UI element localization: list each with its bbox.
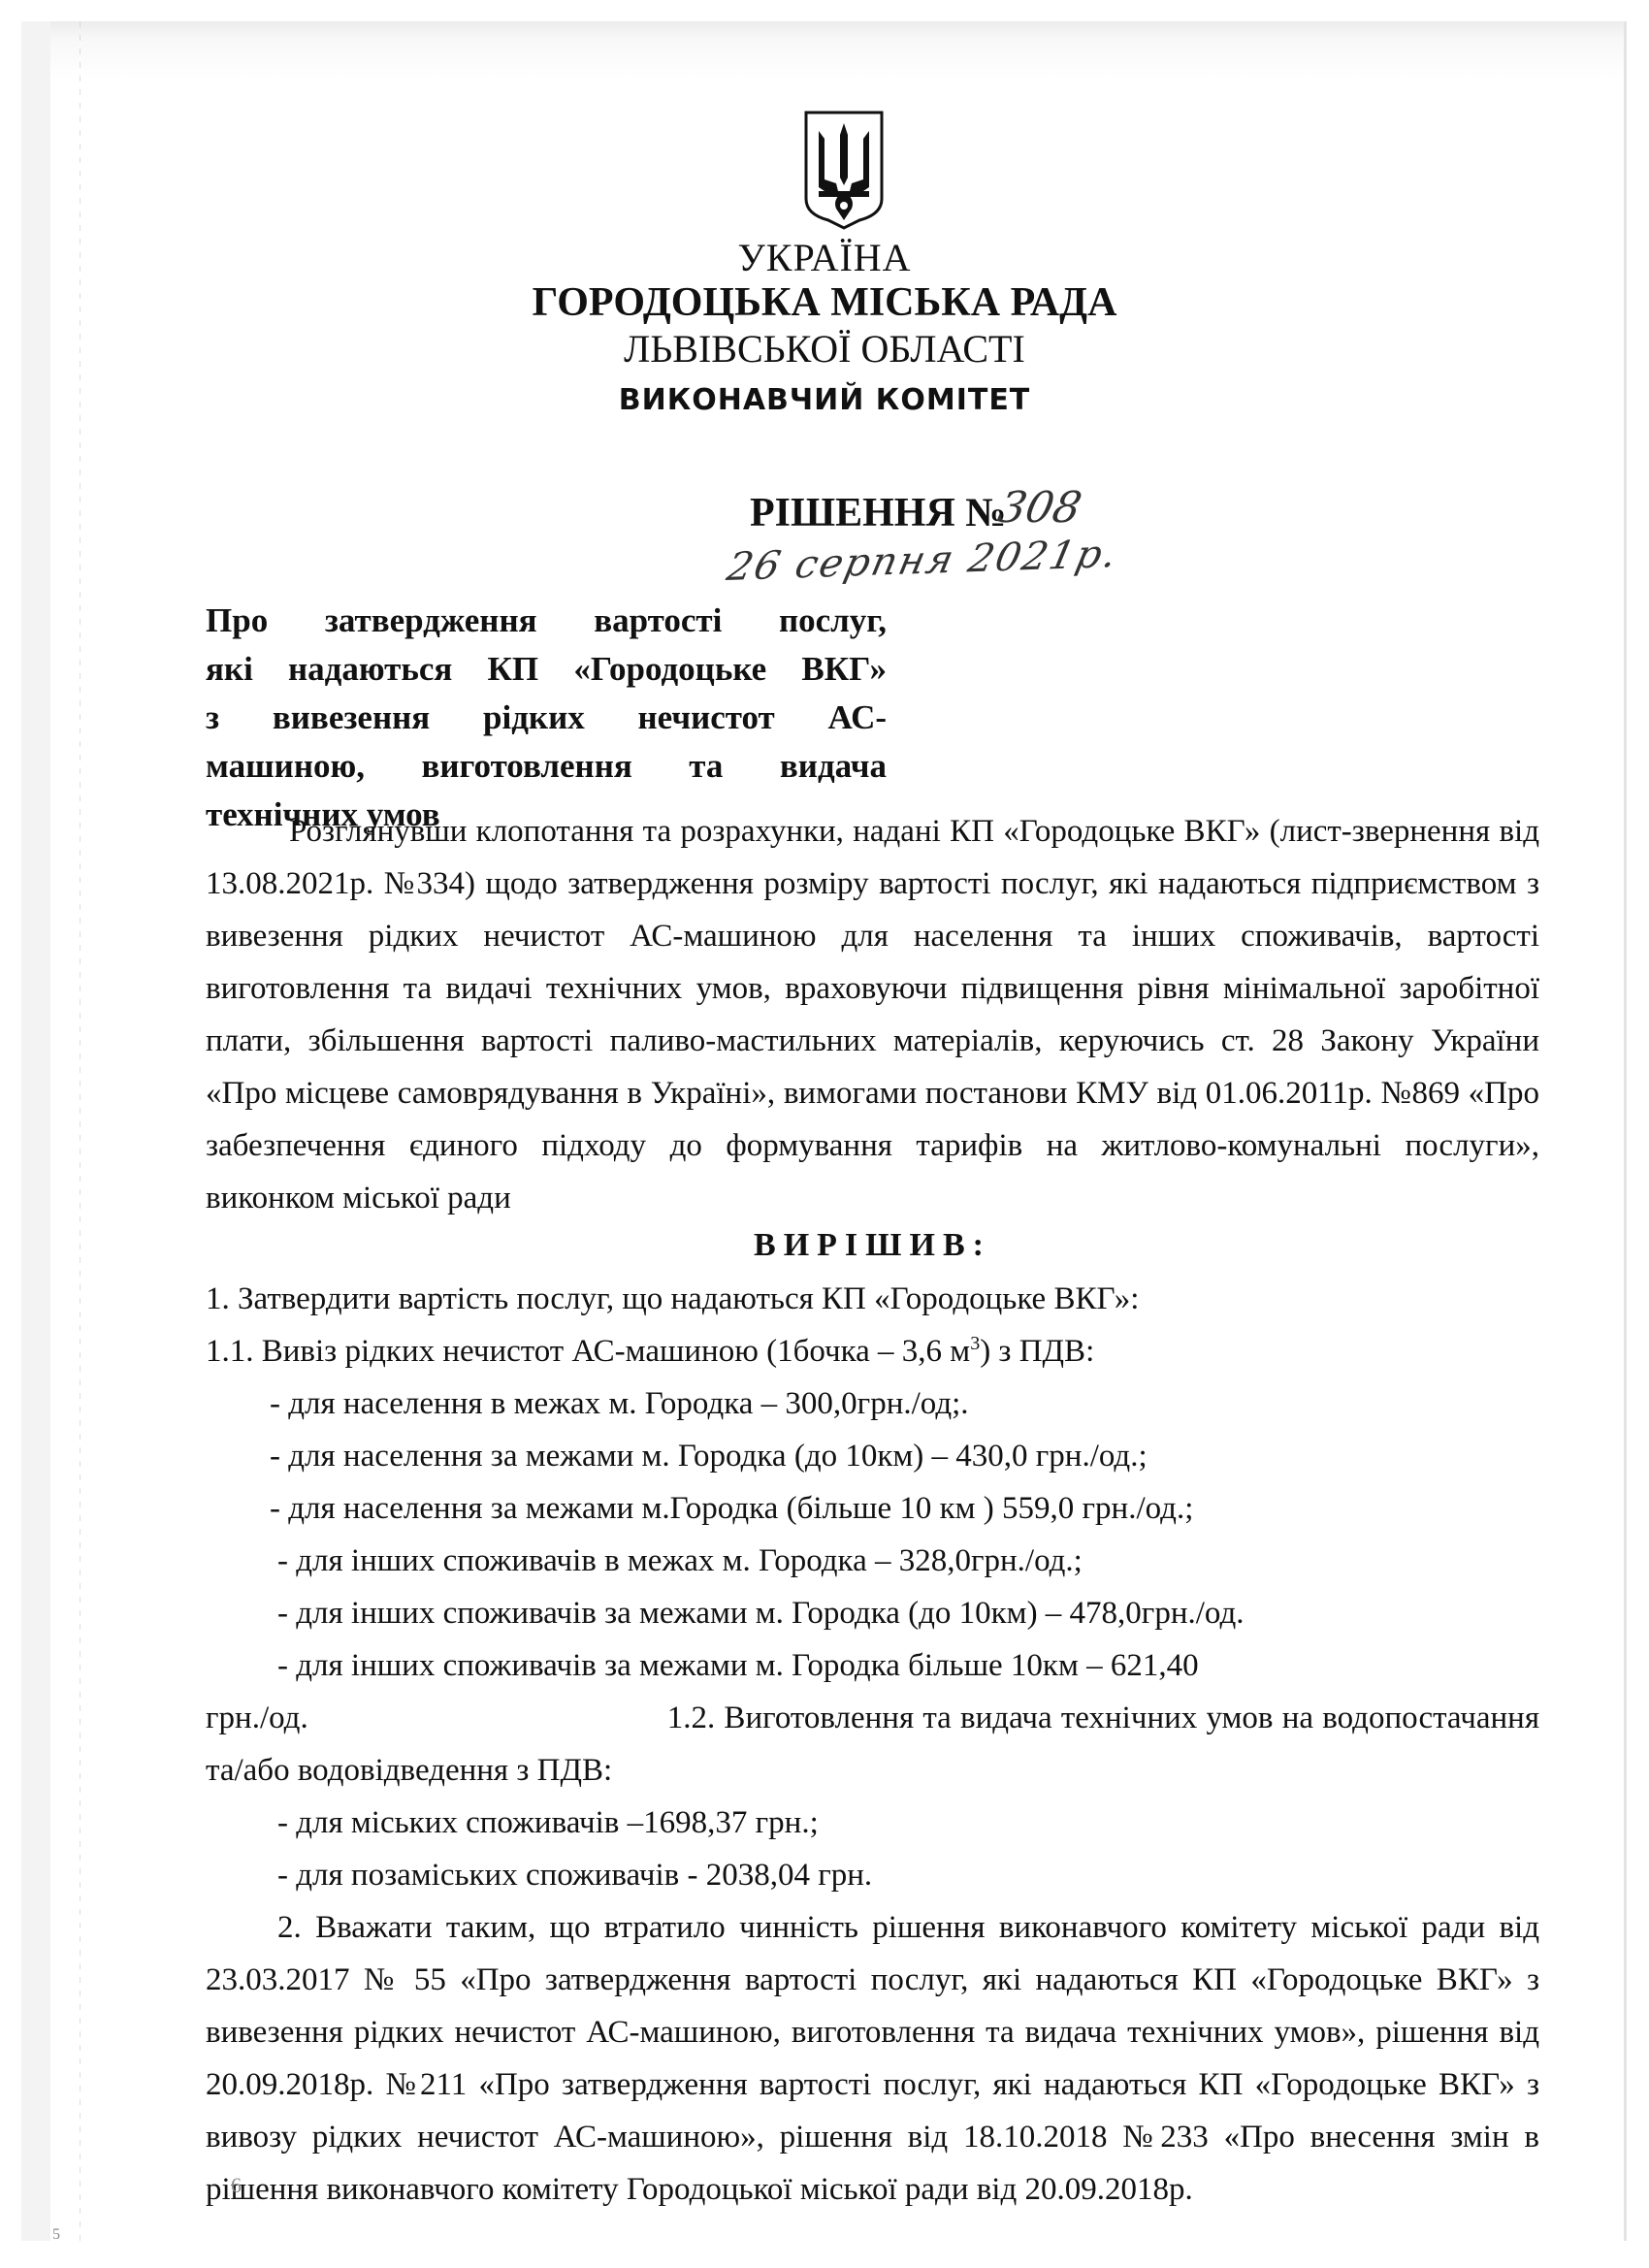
item-1-1-label: 1.1. Вивіз рідких нечистот АС-машиною (1…: [206, 1334, 970, 1369]
preamble-paragraph: Розглянувши клопотання та розрахунки, на…: [206, 805, 1539, 1224]
item-1: 1. Затвердити вартість послуг, що надают…: [206, 1273, 1539, 1325]
rate-line: - для населення в межах м. Городка – 300…: [206, 1377, 1539, 1430]
subject-line: з вивезення рідких нечистот АС-: [206, 694, 887, 742]
decision-title: РІШЕННЯ №: [750, 490, 1007, 536]
item-1-1-superscript: 3: [970, 1333, 980, 1354]
scan-artifact-mark: 6: [231, 2173, 242, 2198]
scan-margin-mark: 5: [52, 2226, 60, 2244]
rate-line: - для інших споживачів за межами м. Горо…: [206, 1639, 1539, 1692]
rate-line: - для інших споживачів в межах м. Городк…: [206, 1535, 1539, 1587]
item-2: 2. Вважати таким, що втратило чинність р…: [206, 1901, 1539, 2216]
subject-line: машиною, виготовлення та видача: [206, 742, 887, 791]
coat-of-arms-icon: [803, 110, 885, 231]
header-region: ЛЬВІВСЬКОЇ ОБЛАСТІ: [0, 326, 1649, 372]
item-1-2: грн./од.1.2. Виготовлення та видача техн…: [206, 1692, 1539, 1797]
rate-unit: грн./од.: [206, 1701, 308, 1735]
subject-line: Про затвердження вартості послуг,: [206, 597, 887, 645]
rate-line: - для населення за межами м. Городка (до…: [206, 1430, 1539, 1482]
tech-conditions-rate: - для позаміських споживачів - 2038,04 г…: [206, 1849, 1539, 1901]
decision-number-handwritten: 308: [994, 483, 1086, 533]
resolved-heading: ВИРІШИВ:: [206, 1224, 1539, 1267]
decision-body: Розглянувши клопотання та розрахунки, на…: [206, 805, 1539, 2216]
rate-line: - для інших споживачів за межами м. Горо…: [206, 1587, 1539, 1639]
decision-subject: Про затвердження вартості послуг, які на…: [206, 597, 887, 839]
tech-conditions-rate: - для міських споживачів –1698,37 грн.;: [206, 1797, 1539, 1849]
subject-line: які надаються КП «Городоцьке ВКГ»: [206, 645, 887, 694]
item-1-1-label-end: ) з ПДВ:: [980, 1334, 1094, 1369]
rate-line: - для населення за межами м.Городка (біл…: [206, 1482, 1539, 1535]
header-committee: ВИКОНАВЧИЙ КОМІТЕТ: [0, 383, 1649, 417]
header-council: ГОРОДОЦЬКА МІСЬКА РАДА: [0, 279, 1649, 326]
item-1-1: 1.1. Вивіз рідких нечистот АС-машиною (1…: [206, 1325, 1539, 1377]
item-1-2-label: 1.2. Виготовлення та видача технічних ум…: [206, 1701, 1539, 1788]
header-country: УКРАЇНА: [0, 235, 1649, 280]
